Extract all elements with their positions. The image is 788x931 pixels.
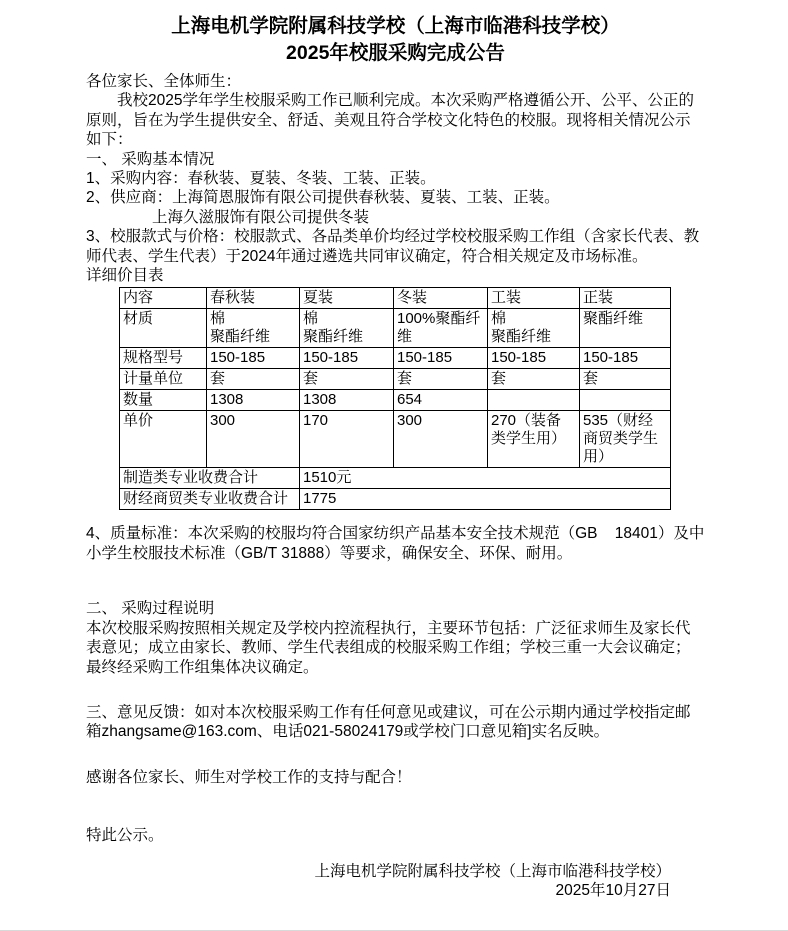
table-cell: [488, 390, 580, 411]
thanks-line: 感谢各位家长、师生对学校工作的支持与配合！: [86, 768, 705, 787]
table-row-label: 规格型号: [120, 348, 207, 369]
signature-school: 上海电机学院附属科技学校（上海市临港科技学校）: [86, 862, 671, 881]
table-cell: 1308: [207, 390, 300, 411]
table-header-row: 内容 春秋装 夏装 冬装 工装 正装: [120, 288, 671, 309]
table-cell: 棉 聚酯纤维: [207, 309, 300, 348]
table-cell: 535（财经商贸类学生用）: [580, 411, 671, 468]
table-cell: 300: [207, 411, 300, 468]
list-item-supplier: 2、供应商：上海简恩服饰有限公司提供春秋装、夏装、工装、正装。: [86, 188, 705, 207]
table-cell: 270（装备类学生用）: [488, 411, 580, 468]
table-cell: 654: [394, 390, 488, 411]
section-2-heading: 二、 采购过程说明: [86, 599, 705, 618]
table-cell: 1510元: [300, 468, 671, 489]
table-cell: 150-185: [580, 348, 671, 369]
table-row-label: 计量单位: [120, 369, 207, 390]
price-table-label: 详细价目表: [86, 266, 705, 285]
table-cell: 棉 聚酯纤维: [488, 309, 580, 348]
list-item-supplier-continued: 上海久滋服饰有限公司提供冬装: [86, 208, 705, 227]
table-row-label: 数量: [120, 390, 207, 411]
table-cell: 夏装: [300, 288, 394, 309]
section-3-feedback: 三、意见反馈：如对本次校服采购工作有任何意见或建议，可在公示期内通过学校指定邮箱…: [86, 703, 705, 742]
section-1-heading: 一、 采购基本情况: [86, 150, 705, 169]
table-cell: 150-185: [207, 348, 300, 369]
salutation: 各位家长、全体师生：: [86, 72, 705, 91]
list-item-procurement-content: 1、采购内容：春秋装、夏装、冬装、工装、正装。: [86, 169, 705, 188]
table-row-spec: 规格型号 150-185 150-185 150-185 150-185 150…: [120, 348, 671, 369]
table-cell: 套: [580, 369, 671, 390]
table-row-total-manufacturing: 制造类专业收费合计 1510元: [120, 468, 671, 489]
table-cell: 内容: [120, 288, 207, 309]
table-cell: 150-185: [394, 348, 488, 369]
table-cell: 正装: [580, 288, 671, 309]
table-cell: 聚酯纤维: [580, 309, 671, 348]
table-cell: 150-185: [300, 348, 394, 369]
table-cell: 棉 聚酯纤维: [300, 309, 394, 348]
table-row-label: 单价: [120, 411, 207, 468]
table-cell: 100%聚酯纤维: [394, 309, 488, 348]
intro-paragraph: 我校2025学年学生校服采购工作已顺利完成。本次采购严格遵循公开、公平、公正的原…: [86, 91, 705, 149]
table-cell: 150-185: [488, 348, 580, 369]
table-row-label: 财经商贸类专业收费合计: [120, 489, 300, 510]
list-item-quality-standard: 4、质量标准：本次采购的校服均符合国家纺织产品基本安全技术规范（GB 18401…: [86, 524, 705, 563]
table-cell: 1775: [300, 489, 671, 510]
table-cell: 工装: [488, 288, 580, 309]
table-row-unit-price: 单价 300 170 300 270（装备类学生用） 535（财经商贸类学生用）: [120, 411, 671, 468]
table-cell: 套: [488, 369, 580, 390]
signature-block: 上海电机学院附属科技学校（上海市临港科技学校） 2025年10月27日: [86, 862, 671, 901]
table-cell: 170: [300, 411, 394, 468]
doc-title-line1: 上海电机学院附属科技学校（上海市临港科技学校）: [86, 13, 705, 40]
table-cell: 300: [394, 411, 488, 468]
table-cell: 1308: [300, 390, 394, 411]
table-row-label: 材质: [120, 309, 207, 348]
announcement-document: 上海电机学院附属科技学校（上海市临港科技学校） 2025年校服采购完成公告 各位…: [0, 0, 788, 931]
doc-title-line2: 2025年校服采购完成公告: [86, 40, 705, 67]
table-row-unit: 计量单位 套 套 套 套 套: [120, 369, 671, 390]
table-row-quantity: 数量 1308 1308 654: [120, 390, 671, 411]
table-row-total-finance: 财经商贸类专业收费合计 1775: [120, 489, 671, 510]
table-row-label: 制造类专业收费合计: [120, 468, 300, 489]
notice-line: 特此公示。: [86, 826, 705, 845]
list-item-style-price: 3、校服款式与价格：校服款式、各品类单价均经过学校校服采购工作组（含家长代表、教…: [86, 227, 705, 266]
table-row-material: 材质 棉 聚酯纤维 棉 聚酯纤维 100%聚酯纤维 棉 聚酯纤维 聚酯纤维: [120, 309, 671, 348]
signature-date: 2025年10月27日: [86, 881, 671, 900]
price-table: 内容 春秋装 夏装 冬装 工装 正装 材质 棉 聚酯纤维 棉 聚酯纤维 100%…: [119, 287, 671, 510]
table-cell: 套: [207, 369, 300, 390]
table-cell: 春秋装: [207, 288, 300, 309]
table-cell: 套: [394, 369, 488, 390]
table-cell: [580, 390, 671, 411]
section-2-body: 本次校服采购按照相关规定及学校内控流程执行，主要环节包括：广泛征求师生及家长代表…: [86, 619, 705, 677]
table-cell: 冬装: [394, 288, 488, 309]
table-cell: 套: [300, 369, 394, 390]
